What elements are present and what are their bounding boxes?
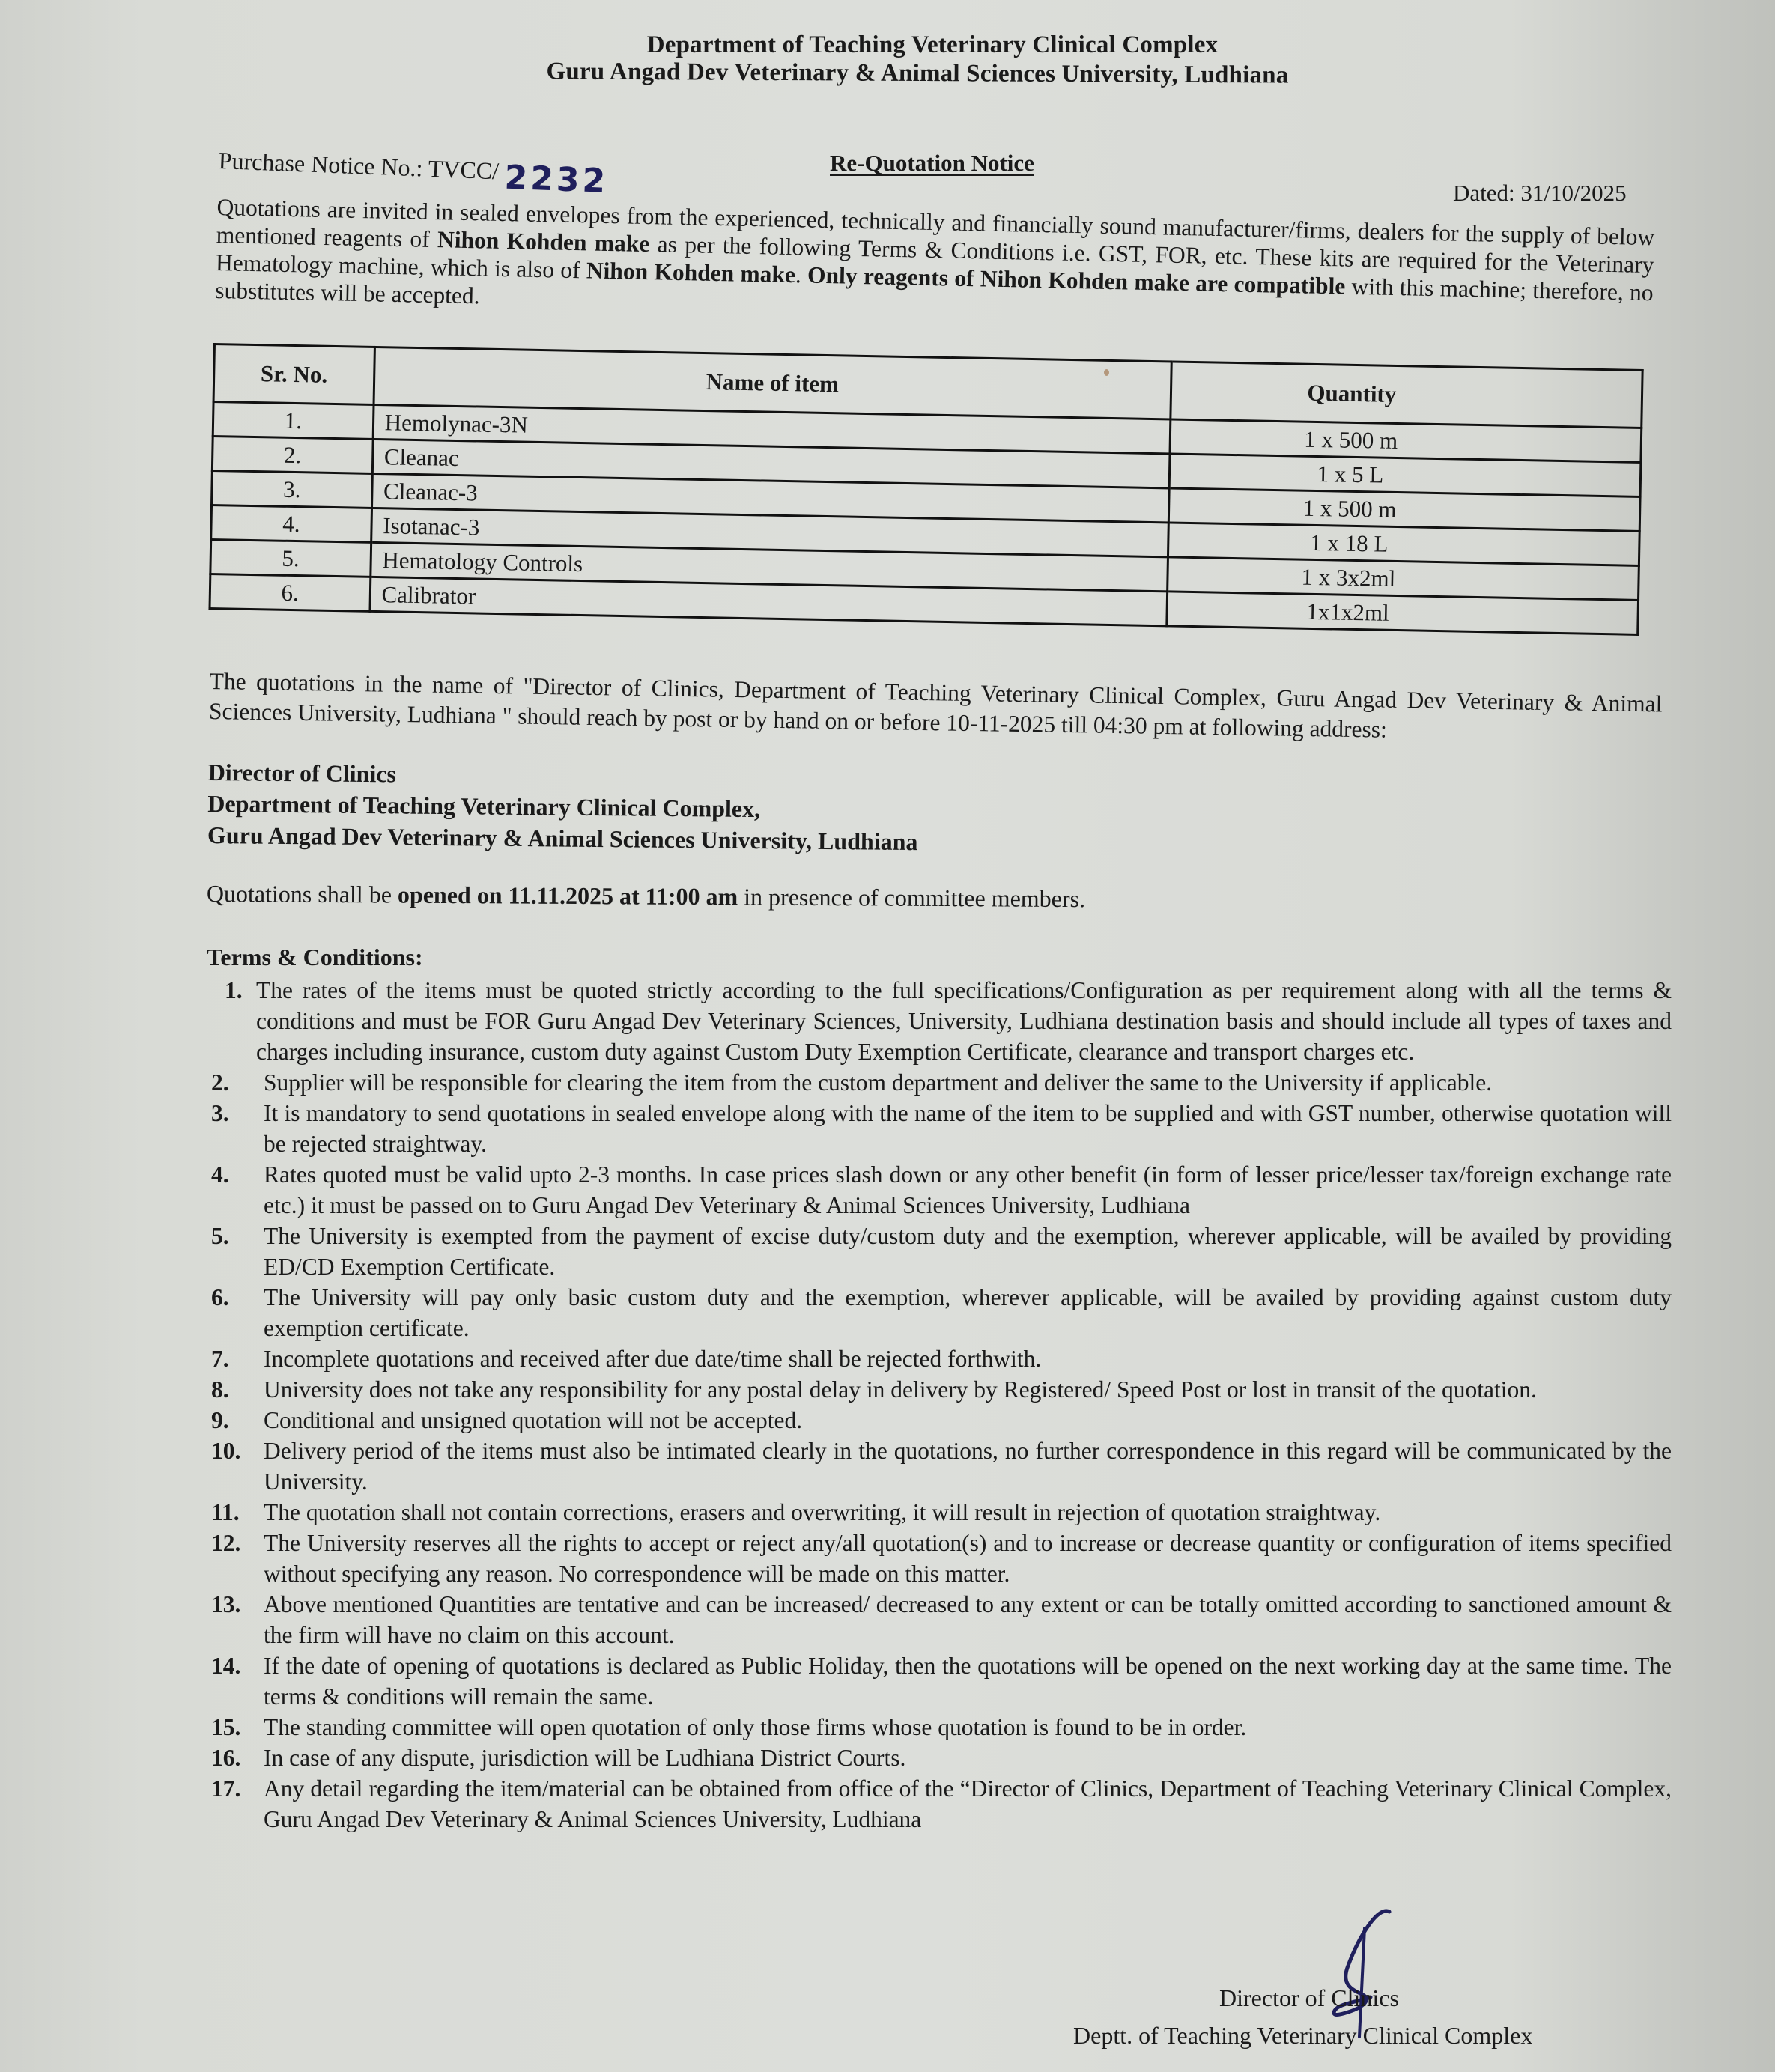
term-number: 7.	[211, 1343, 229, 1374]
term-item: 13.Above mentioned Quantities are tentat…	[204, 1589, 1672, 1650]
term-number: 4.	[211, 1159, 229, 1190]
purchase-notice-number: Purchase Notice No.: TVCC/2232	[218, 139, 610, 192]
term-item: 17.Any detail regarding the item/materia…	[204, 1773, 1672, 1835]
term-text: If the date of opening of quotations is …	[264, 1650, 1672, 1712]
term-text: The University reserves all the rights t…	[264, 1528, 1672, 1589]
term-text: The rates of the items must be quoted st…	[256, 975, 1672, 1067]
term-text: The University will pay only basic custo…	[264, 1282, 1672, 1343]
notice-number-handwritten: 2232	[504, 159, 609, 201]
term-number: 14.	[211, 1650, 240, 1681]
term-text: The standing committee will open quotati…	[264, 1712, 1672, 1743]
intro-bold-1: Nihon Kohden make	[437, 226, 650, 257]
term-number: 16.	[211, 1743, 240, 1773]
term-number: 11.	[211, 1497, 240, 1528]
header-university: Guru Angad Dev Veterinary & Animal Scien…	[30, 55, 1775, 92]
term-text: Incomplete quotations and received after…	[264, 1343, 1672, 1374]
term-item: 1.The rates of the items must be quoted …	[204, 975, 1672, 1067]
notice-title: Re-Quotation Notice	[830, 150, 1034, 177]
term-text: Delivery period of the items must also b…	[264, 1435, 1672, 1497]
signatory-department: Deptt. of Teaching Veterinary Clinical C…	[1073, 2022, 1532, 2050]
term-item: 6.The University will pay only basic cus…	[204, 1282, 1672, 1343]
items-table: Sr. No. Name of item Quantity 1.Hemolyna…	[208, 343, 1643, 636]
term-text: Conditional and unsigned quotation will …	[264, 1405, 1672, 1435]
submission-paragraph: The quotations in the name of "Director …	[209, 666, 1663, 749]
term-item: 2.Supplier will be responsible for clear…	[204, 1067, 1672, 1098]
term-item: 14.If the date of opening of quotations …	[204, 1650, 1672, 1712]
items-table-body: 1.Hemolynac-3N1 x 500 m2.Cleanac1 x 5 L3…	[210, 402, 1642, 635]
signatory-title: Director of Clinics	[1219, 1984, 1399, 2012]
opening-suffix: in presence of committee members.	[738, 883, 1085, 912]
term-text: It is mandatory to send quotations in se…	[264, 1098, 1672, 1159]
submission-address: Director of Clinics Department of Teachi…	[207, 756, 919, 857]
opening-date-time: opened on 11.11.2025 at 11:00 am	[398, 881, 738, 911]
term-number: 2.	[211, 1067, 229, 1098]
col-quantity: Quantity	[1171, 362, 1643, 428]
term-text: The quotation shall not contain correcti…	[264, 1497, 1672, 1528]
term-item: 12.The University reserves all the right…	[204, 1528, 1672, 1589]
term-text: Any detail regarding the item/material c…	[264, 1773, 1672, 1835]
header-department: Department of Teaching Veterinary Clinic…	[45, 31, 1775, 59]
sr-no-cell: 6.	[210, 574, 370, 611]
col-sr-no: Sr. No.	[213, 344, 374, 405]
term-number: 17.	[211, 1773, 240, 1804]
term-item: 11.The quotation shall not contain corre…	[204, 1497, 1672, 1528]
term-text: Above mentioned Quantities are tentative…	[264, 1589, 1672, 1650]
term-text: In case of any dispute, jurisdiction wil…	[264, 1743, 1672, 1773]
term-number: 6.	[211, 1282, 229, 1313]
opening-statement: Quotations shall be opened on 11.11.2025…	[207, 880, 1085, 913]
term-item: 8.University does not take any responsib…	[204, 1374, 1672, 1405]
address-line: Guru Angad Dev Veterinary & Animal Scien…	[207, 819, 918, 857]
term-item: 15.The standing committee will open quot…	[204, 1712, 1672, 1743]
term-text: Supplier will be responsible for clearin…	[264, 1067, 1672, 1098]
term-number: 8.	[211, 1374, 229, 1405]
sr-no-cell: 2.	[212, 437, 372, 474]
terms-list: 1.The rates of the items must be quoted …	[204, 975, 1672, 1835]
term-text: University does not take any responsibil…	[264, 1374, 1672, 1405]
term-number: 1.	[225, 975, 243, 1006]
intro-paragraph: Quotations are invited in sealed envelop…	[215, 193, 1655, 334]
sr-no-cell: 3.	[212, 470, 372, 508]
signature-icon	[1318, 1906, 1408, 2041]
notice-page: Department of Teaching Veterinary Clinic…	[0, 0, 1775, 2072]
term-number: 12.	[211, 1528, 240, 1558]
term-item: 10.Delivery period of the items must als…	[204, 1435, 1672, 1497]
sr-no-cell: 5.	[210, 539, 371, 577]
notice-number-label: Purchase Notice No.: TVCC/	[218, 147, 500, 184]
term-text: The University is exempted from the paym…	[264, 1221, 1672, 1282]
term-number: 3.	[211, 1098, 229, 1128]
term-item: 7.Incomplete quotations and received aft…	[204, 1343, 1672, 1374]
term-item: 16.In case of any dispute, jurisdiction …	[204, 1743, 1672, 1773]
term-item: 3.It is mandatory to send quotations in …	[204, 1098, 1672, 1159]
intro-bold-2: Nihon Kohden make	[586, 257, 796, 288]
term-item: 9.Conditional and unsigned quotation wil…	[204, 1405, 1672, 1435]
term-text: Rates quoted must be valid upto 2-3 mont…	[264, 1159, 1672, 1221]
term-number: 10.	[211, 1435, 240, 1466]
term-number: 15.	[211, 1712, 240, 1743]
term-number: 9.	[211, 1405, 229, 1435]
opening-prefix: Quotations shall be	[207, 880, 398, 908]
term-item: 5.The University is exempted from the pa…	[204, 1221, 1672, 1282]
terms-heading: Terms & Conditions:	[207, 944, 423, 971]
intro-text-3: .	[795, 261, 808, 288]
term-number: 13.	[211, 1589, 240, 1620]
term-item: 4.Rates quoted must be valid upto 2-3 mo…	[204, 1159, 1672, 1221]
term-number: 5.	[211, 1221, 229, 1251]
sr-no-cell: 1.	[213, 402, 373, 440]
sr-no-cell: 4.	[211, 505, 371, 542]
notice-date: Dated: 31/10/2025	[1453, 180, 1627, 207]
